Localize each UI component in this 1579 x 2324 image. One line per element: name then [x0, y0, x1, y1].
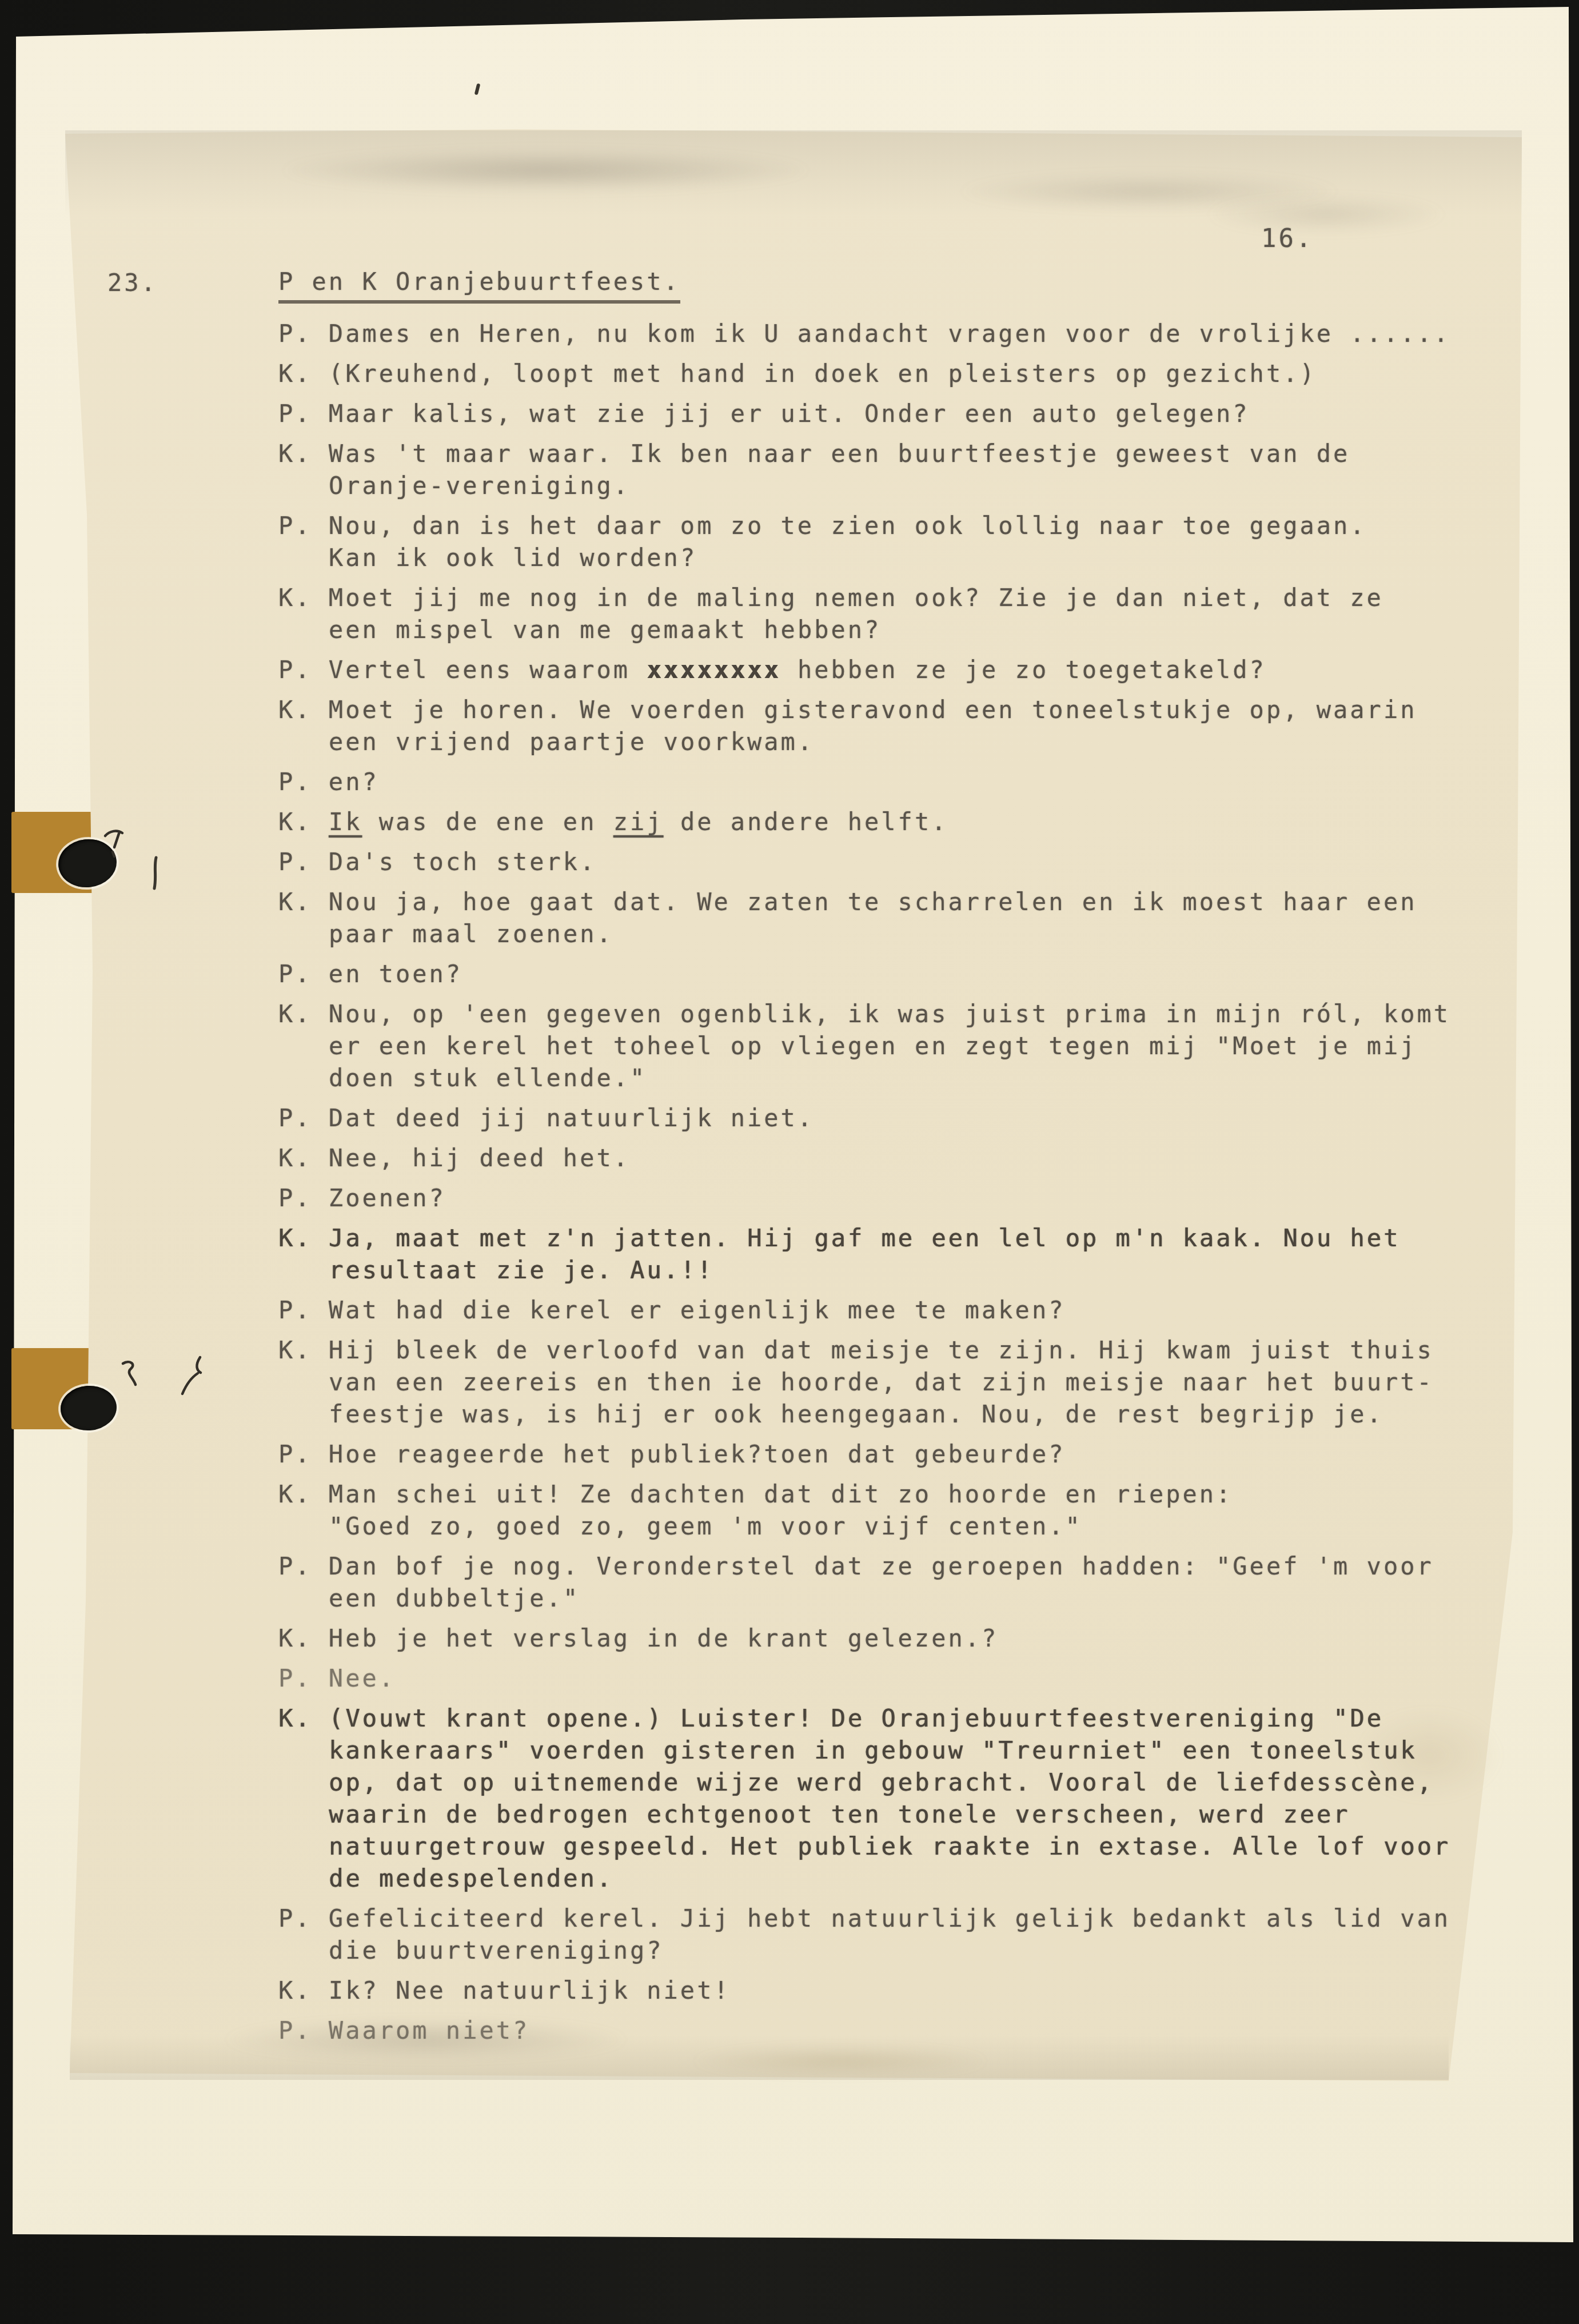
speaker-label: K.: [278, 584, 329, 612]
speech: P. Wat had die kerel er eigenlijk mee te…: [278, 1294, 1525, 1326]
dialogue-line: K. Ik was de ene en zij de andere helft.: [278, 806, 1525, 838]
dialogue-line: K. Nee, hij deed het.: [278, 1142, 1525, 1174]
speech: P. Gefeliciteerd kerel. Jij hebt natuurl…: [278, 1903, 1525, 1967]
page-number: 16.: [1261, 224, 1313, 253]
speech: P. en?: [278, 766, 1525, 798]
speaker-label: K.: [278, 1704, 329, 1732]
speaker-label: K.: [278, 888, 329, 916]
dialogue-line: K. (Vouwt krant opene.) Luister! De Oran…: [278, 1703, 1525, 1735]
speaker-label: P.: [278, 320, 329, 348]
underlined-text: Ik: [329, 808, 362, 836]
overstruck-text: xxxxxxxx: [647, 656, 780, 684]
speech: P. Nou, dan is het daar om zo te zien oo…: [278, 510, 1525, 574]
speaker-label: P.: [278, 1552, 329, 1580]
speech: K. Moet je horen. We voerden gisteravond…: [278, 694, 1525, 758]
dialogue-line-continuation: een dubbeltje.": [278, 1582, 1525, 1615]
speech: P. en toen?: [278, 958, 1525, 990]
dialogue-line-continuation: van een zeereis en then ie hoorde, dat z…: [278, 1366, 1525, 1398]
speech: K. Hij bleek de verloofd van dat meisje …: [278, 1334, 1525, 1430]
dialogue-line-continuation: kankeraars" voerden gisteren in gebouw "…: [278, 1735, 1525, 1767]
page-top-smudge: [65, 130, 1522, 216]
dialogue-line: K. (Kreuhend, loopt met hand in doek en …: [278, 358, 1525, 390]
dialogue-line-continuation: resultaat zie je. Au.!!: [278, 1254, 1525, 1286]
speech: K. Nou ja, hoe gaat dat. We zaten te sch…: [278, 886, 1525, 950]
dialogue-line: P. Maar kalis, wat zie jij er uit. Onder…: [278, 398, 1525, 430]
underlined-text: zij: [613, 808, 664, 836]
speech: P. Maar kalis, wat zie jij er uit. Onder…: [278, 398, 1525, 430]
dialogue-line: P. Dames en Heren, nu kom ik U aandacht …: [278, 318, 1525, 350]
dialogue-line: P. Dan bof je nog. Veronderstel dat ze g…: [278, 1550, 1525, 1582]
dialogue-line: P. Zoenen?: [278, 1182, 1525, 1214]
dialogue-line-continuation: natuurgetrouw gespeeld. Het publiek raak…: [278, 1831, 1525, 1863]
speaker-label: K.: [278, 1480, 329, 1508]
dialogue-line-continuation: die buurtvereniging?: [278, 1935, 1525, 1967]
dialogue-line-continuation: Kan ik ook lid worden?: [278, 542, 1525, 574]
speaker-label: K.: [278, 360, 329, 388]
speaker-label: K.: [278, 808, 329, 836]
dialogue-line: P. Da's toch sterk.: [278, 846, 1525, 878]
dialogue-line: P. Hoe reageerde het publiek?toen dat ge…: [278, 1438, 1525, 1470]
speaker-label: P.: [278, 656, 329, 684]
speaker-label: P.: [278, 960, 329, 988]
dialogue-line-continuation: een mispel van me gemaakt hebben?: [278, 614, 1525, 646]
speech: K. (Vouwt krant opene.) Luister! De Oran…: [278, 1703, 1525, 1895]
pen-mark: [150, 855, 161, 891]
speaker-label: K.: [278, 696, 329, 724]
dialogue-line: P. en toen?: [278, 958, 1525, 990]
dialogue-line: P. Wat had die kerel er eigenlijk mee te…: [278, 1294, 1525, 1326]
script-title: P en K Oranjebuurtfeest.: [278, 268, 680, 304]
speech: K. Ik? Nee natuurlijk niet!: [278, 1975, 1525, 2007]
speech: K. (Kreuhend, loopt met hand in doek en …: [278, 358, 1525, 390]
dialogue-line-continuation: er een kerel het toheel op vliegen en ze…: [278, 1030, 1525, 1062]
pen-mark: [176, 1354, 207, 1397]
dialogue-line: K. Ja, maat met z'n jatten. Hij gaf me e…: [278, 1222, 1525, 1254]
scan-background: 16. 23. P en K Oranjebuurtfeest. P. Dame…: [0, 0, 1579, 2324]
dialogue-line: K. Nou ja, hoe gaat dat. We zaten te sch…: [278, 886, 1525, 918]
dialogue-line-continuation: feestje was, is hij er ook heengegaan. N…: [278, 1398, 1525, 1430]
speaker-label: P.: [278, 400, 329, 428]
speaker-label: P.: [278, 1104, 329, 1132]
speech: K. Ja, maat met z'n jatten. Hij gaf me e…: [278, 1222, 1525, 1286]
speaker-label: K.: [278, 1224, 329, 1252]
dialogue-line-continuation: op, dat op uitnemende wijze werd gebrach…: [278, 1767, 1525, 1799]
speaker-label: P.: [278, 2016, 329, 2044]
speaker-label: P.: [278, 1296, 329, 1324]
dialogue: P. Dames en Heren, nu kom ik U aandacht …: [278, 318, 1525, 2055]
speech: K. Ik was de ene en zij de andere helft.: [278, 806, 1525, 838]
speech: P. Zoenen?: [278, 1182, 1525, 1214]
speaker-label: K.: [278, 1976, 329, 2004]
dialogue-line: K. Was 't maar waar. Ik ben naar een buu…: [278, 438, 1525, 470]
speech: K. Moet jij me nog in de maling nemen oo…: [278, 582, 1525, 646]
dialogue-line: K. Nou, op 'een gegeven ogenblik, ik was…: [278, 998, 1525, 1030]
speech: K. Heb je het verslag in de krant geleze…: [278, 1623, 1525, 1655]
speech: K. Man schei uit! Ze dachten dat dit zo …: [278, 1478, 1525, 1542]
dialogue-line: P. Nee.: [278, 1663, 1525, 1695]
speaker-label: P.: [278, 512, 329, 540]
dialogue-line-continuation: een vrijend paartje voorkwam.: [278, 726, 1525, 758]
speech: K. Nou, op 'een gegeven ogenblik, ik was…: [278, 998, 1525, 1094]
speaker-label: K.: [278, 1144, 329, 1172]
dialogue-line-continuation: Oranje-vereniging.: [278, 470, 1525, 502]
speech: P. Dan bof je nog. Veronderstel dat ze g…: [278, 1550, 1525, 1615]
dialogue-line: K. Moet jij me nog in de maling nemen oo…: [278, 582, 1525, 614]
speaker-label: K.: [278, 1624, 329, 1652]
item-number: 23.: [107, 269, 158, 297]
pen-mark: [118, 1358, 141, 1393]
dialogue-line: K. Man schei uit! Ze dachten dat dit zo …: [278, 1478, 1525, 1510]
dialogue-line: K. Heb je het verslag in de krant geleze…: [278, 1623, 1525, 1655]
speech: P. Hoe reageerde het publiek?toen dat ge…: [278, 1438, 1525, 1470]
dialogue-line-continuation: waarin de bedrogen echtgenoot ten tonele…: [278, 1799, 1525, 1831]
speaker-label: K.: [278, 1336, 329, 1364]
speech: P. Dames en Heren, nu kom ik U aandacht …: [278, 318, 1525, 350]
speech: P. Da's toch sterk.: [278, 846, 1525, 878]
speaker-label: P.: [278, 1664, 329, 1692]
speech: P. Nee.: [278, 1663, 1525, 1695]
speaker-label: P.: [278, 768, 329, 796]
dialogue-line: P. Waarom niet?: [278, 2015, 1525, 2047]
dialogue-line: K. Ik? Nee natuurlijk niet!: [278, 1975, 1525, 2007]
speech: P. Waarom niet?: [278, 2015, 1525, 2047]
speaker-label: P.: [278, 1184, 329, 1212]
dialogue-line: P. Gefeliciteerd kerel. Jij hebt natuurl…: [278, 1903, 1525, 1935]
dialogue-line: P. en?: [278, 766, 1525, 798]
speaker-label: P.: [278, 1440, 329, 1468]
pen-mark: [102, 827, 127, 862]
dialogue-line-continuation: "Goed zo, goed zo, geem 'm voor vijf cen…: [278, 1510, 1525, 1542]
dialogue-line: K. Hij bleek de verloofd van dat meisje …: [278, 1334, 1525, 1366]
dialogue-line: P. Dat deed jij natuurlijk niet.: [278, 1102, 1525, 1134]
speech: K. Was 't maar waar. Ik ben naar een buu…: [278, 438, 1525, 502]
speech: P. Dat deed jij natuurlijk niet.: [278, 1102, 1525, 1134]
speaker-label: K.: [278, 440, 329, 468]
speaker-label: P.: [278, 1904, 329, 1932]
dialogue-line-continuation: de medespelenden.: [278, 1863, 1525, 1895]
dialogue-line-continuation: doen stuk ellende.": [278, 1062, 1525, 1094]
speech: K. Nee, hij deed het.: [278, 1142, 1525, 1174]
dialogue-line-continuation: paar maal zoenen.: [278, 918, 1525, 950]
speech: P. Vertel eens waarom xxxxxxxx hebben ze…: [278, 654, 1525, 686]
speaker-label: K.: [278, 1000, 329, 1028]
dialogue-line: P. Vertel eens waarom xxxxxxxx hebben ze…: [278, 654, 1525, 686]
dialogue-line: K. Moet je horen. We voerden gisteravond…: [278, 694, 1525, 726]
speaker-label: P.: [278, 848, 329, 876]
dialogue-line: P. Nou, dan is het daar om zo te zien oo…: [278, 510, 1525, 542]
